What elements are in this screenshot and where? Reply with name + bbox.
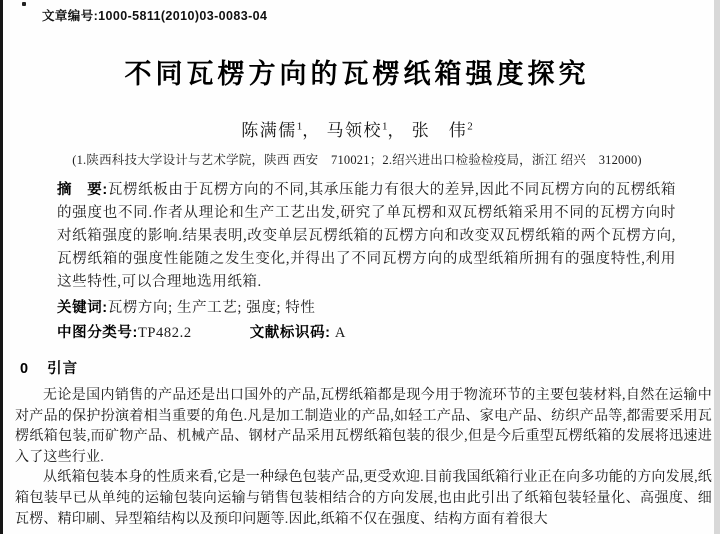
author-separator: ， bbox=[388, 121, 407, 140]
ink-dot bbox=[22, 2, 26, 6]
section-number: 0 bbox=[20, 361, 29, 377]
scan-edge-right bbox=[714, 0, 720, 534]
clc-label: 中图分类号: bbox=[57, 325, 138, 341]
abstract-text: 瓦楞纸板由于瓦楞方向的不同,其承压能力有很大的差异,因此不同瓦楞方向的瓦楞纸箱的… bbox=[57, 182, 676, 290]
body-text: 无论是国内销售的产品还是出口国外的产品,瓦楞纸箱都是现今用于物流环节的主要包装材… bbox=[15, 386, 712, 530]
keywords: 关键词:瓦楞方向; 生产工艺; 强度; 特性 bbox=[57, 297, 676, 320]
article-number-label: 文章编号: bbox=[42, 9, 98, 23]
abstract: 摘 要:瓦楞纸板由于瓦楞方向的不同,其承压能力有很大的差异,因此不同瓦楞方向的瓦… bbox=[57, 179, 676, 294]
paper-page: 文章编号:1000-5811(2010)03-0083-04 不同瓦楞方向的瓦楞… bbox=[0, 0, 720, 534]
author-name: 马领校 bbox=[327, 121, 383, 140]
doc-code-label: 文献标识码: bbox=[250, 325, 331, 341]
section-heading: 0引言 bbox=[20, 357, 78, 378]
keywords-text: 瓦楞方向; 生产工艺; 强度; 特性 bbox=[108, 300, 316, 316]
author: 陈满儒1， bbox=[241, 121, 321, 140]
author: 张 伟2 bbox=[412, 121, 473, 140]
author: 马领校1， bbox=[327, 121, 407, 140]
section-title: 引言 bbox=[47, 361, 78, 377]
article-number-value: 1000-5811(2010)03-0083-04 bbox=[98, 9, 267, 23]
paragraph: 无论是国内销售的产品还是出口国外的产品,瓦楞纸箱都是现今用于物流环节的主要包装材… bbox=[15, 386, 712, 468]
clc-line: 中图分类号:TP482.2文献标识码: A bbox=[57, 322, 676, 345]
authors-line: 陈满儒1， 马领校1， 张 伟2 bbox=[0, 116, 714, 141]
author-name: 陈满儒 bbox=[241, 121, 297, 140]
abstract-label: 摘 要: bbox=[57, 182, 108, 198]
keywords-label: 关键词: bbox=[57, 300, 108, 316]
author-name: 张 伟 bbox=[412, 121, 468, 140]
paper-title: 不同瓦楞方向的瓦楞纸箱强度探究 bbox=[0, 52, 714, 91]
author-separator: ， bbox=[302, 121, 321, 140]
affiliation: (1.陕西科技大学设计与艺术学院，陕西 西安 710021；2.绍兴进出口检验检… bbox=[0, 150, 714, 168]
doc-code-value: A bbox=[335, 325, 346, 341]
article-number: 文章编号:1000-5811(2010)03-0083-04 bbox=[42, 6, 267, 24]
author-affil-mark: 2 bbox=[467, 120, 473, 132]
meta-block: 摘 要:瓦楞纸板由于瓦楞方向的不同,其承压能力有很大的差异,因此不同瓦楞方向的瓦… bbox=[57, 179, 676, 345]
paragraph: 从纸箱包装本身的性质来看,它是一种绿色包装产品,更受欢迎.目前我国纸箱行业正在向… bbox=[15, 468, 712, 530]
clc-value: TP482.2 bbox=[138, 325, 192, 341]
